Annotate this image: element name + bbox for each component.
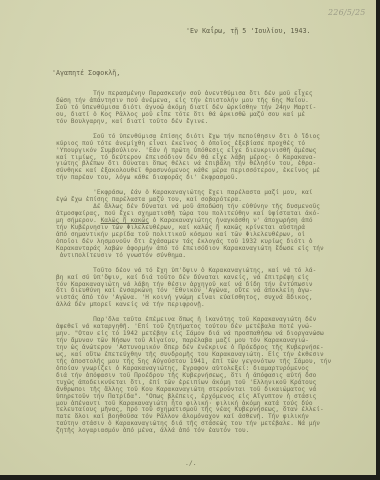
- underlined-phrase: Καλῶς ἢ κακῶς: [101, 217, 149, 224]
- body-line: ἀντιπολίτευσιν τό γνωστόν σύνθημα.: [56, 253, 372, 260]
- paragraph-3: 'Εκφράσω, ἐάν ὁ Καρακαναγιώτης ἔχει παρέ…: [56, 190, 372, 259]
- body-line: ζητῆς λογαριασμόν ἀπό μένα, ἀλλά ἀπό τόν…: [56, 428, 372, 435]
- body-line: τήν παρέαν του, λόγω κάθε διαφορᾶς δι' ἐ…: [56, 175, 372, 182]
- paragraph-5: Παρ'ὅλα ταῦτα ἐπέμεινα ὅπως ἡ ἱκανότης τ…: [56, 317, 372, 435]
- letter-body: Τήν περασμένην Παρασκευήν σοῦ ἀνεντθύμισ…: [56, 91, 372, 435]
- paragraph-1: Τήν περασμένην Παρασκευήν σοῦ ἀνεντθύμισ…: [56, 91, 372, 126]
- dateline: 'Εν Καΐρω, τῇ 5 'Ιουλίου, 1943.: [186, 27, 311, 35]
- salutation: 'Αγαπητέ Σοφοκλῆ,: [52, 69, 120, 77]
- archive-mark: 226/5/25: [328, 8, 366, 17]
- scan-border-bottom: [0, 475, 380, 480]
- body-line: ἀλλά δέν μπορεῖ κανείς νά τήν περιφρονῇ.: [56, 302, 372, 309]
- body-line: τόν Βουλγαρην, καί διατί τοῦτο δέν ἔγινε…: [56, 119, 372, 126]
- page-continuation-marker: ./.: [185, 459, 197, 467]
- paragraph-4: Τοῦτο δέον νά τό ἔχη ὑπ'ὄψιν ὁ Καρακαναγ…: [56, 268, 372, 310]
- scan-border-right: [376, 0, 380, 480]
- paragraph-2: Σοῦ τό ὑπενθύμισα ἐπίσης διότι ἔχω τήν π…: [56, 134, 372, 183]
- letter-page: 226/5/25 'Εν Καΐρω, τῇ 5 'Ιουλίου, 1943.…: [0, 0, 376, 475]
